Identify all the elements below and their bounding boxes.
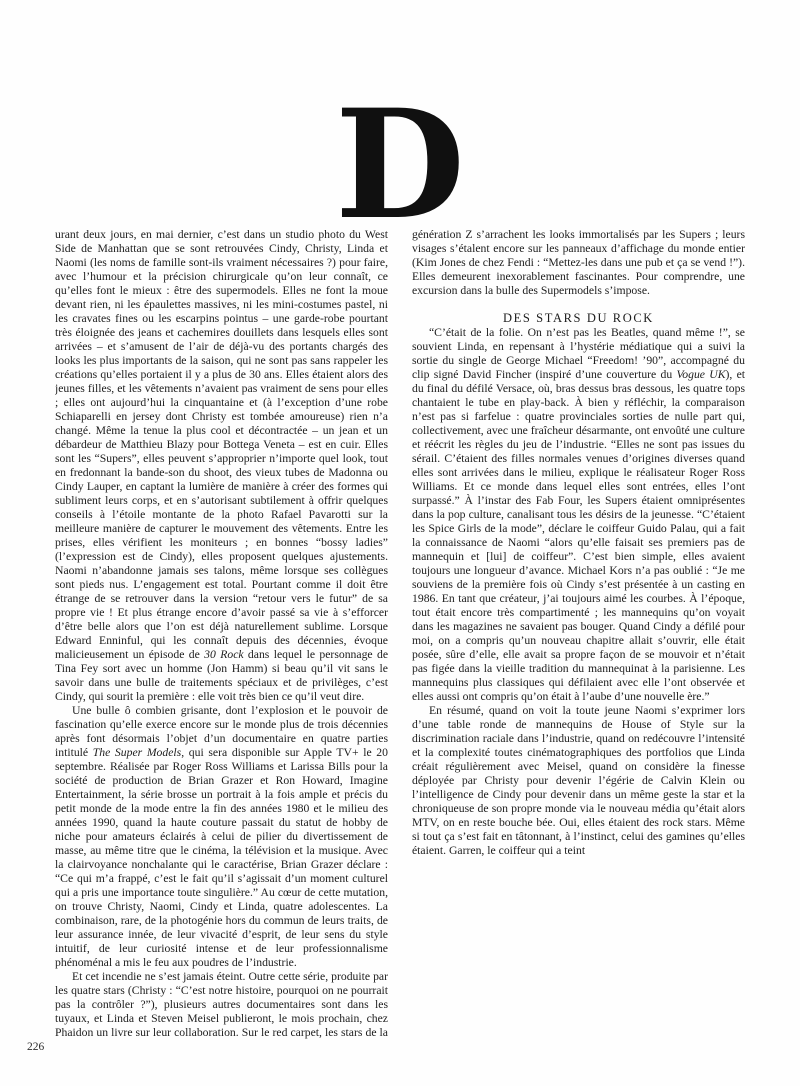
article-paragraph: Une bulle ô combien grisante, dont l’exp… (55, 704, 388, 970)
italic-work-title: 30 Rock (204, 648, 243, 661)
drop-cap: D (0, 90, 800, 240)
text-run: En résumé, quand on voit la toute jeune … (412, 704, 745, 857)
article-paragraph: urant deux jours, en mai dernier, c’est … (55, 228, 388, 704)
italic-work-title: The Super Models (93, 746, 181, 759)
text-run: urant deux jours, en mai dernier, c’est … (55, 228, 388, 661)
page-number: 226 (27, 1041, 44, 1053)
article-paragraph: En résumé, quand on voit la toute jeune … (412, 704, 745, 858)
magazine-page: D urant deux jours, en mai dernier, c’es… (0, 0, 800, 1086)
italic-work-title: Vogue UK (676, 368, 725, 381)
section-heading: DES STARS DU ROCK (412, 311, 745, 326)
text-run: , qui sera disponible sur Apple TV+ le 2… (55, 746, 388, 969)
article-body: urant deux jours, en mai dernier, c’est … (55, 228, 745, 1046)
text-run: ), et du final du défilé Versace, où, br… (412, 368, 745, 703)
article-paragraph: “C’était de la folie. On n’est pas les B… (412, 326, 745, 704)
